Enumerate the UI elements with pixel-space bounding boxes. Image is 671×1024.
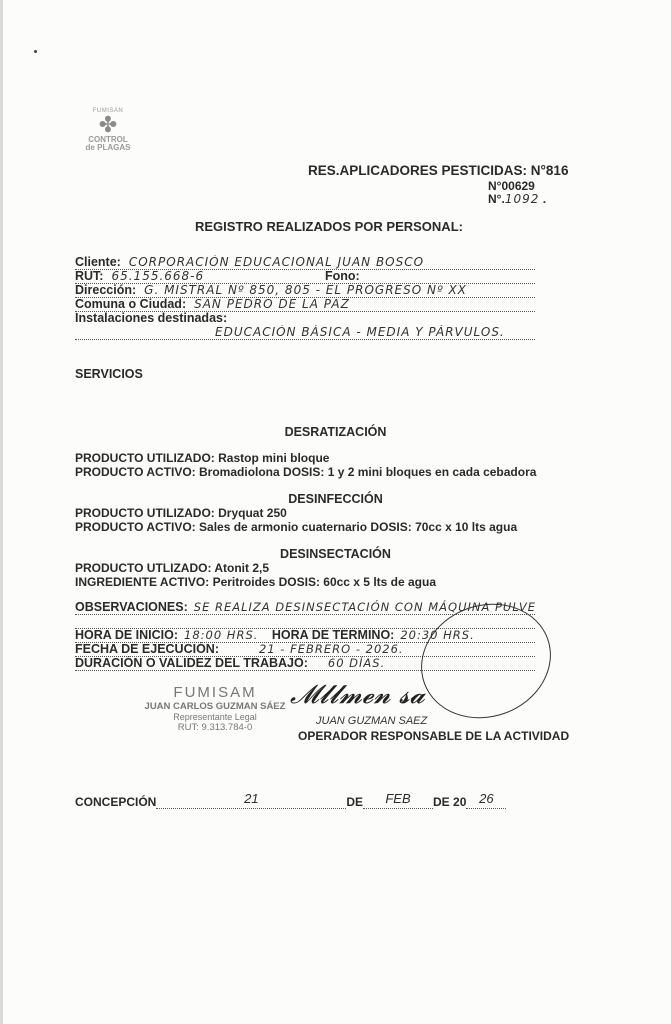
fono-label: Fono: <box>325 269 360 283</box>
form-number: N°00629 <box>488 179 535 193</box>
line-label: PRODUCTO UTILIZADO: <box>75 451 215 465</box>
cliente-value: CORPORACIÓN EDUCACIONAL JUAN BOSCO <box>129 255 424 269</box>
res-aplicadores: RES.APLICADORES PESTICIDAS: N°816 <box>308 163 568 178</box>
signature-handwritten-name: JUAN GUZMAN SAEZ <box>316 715 427 727</box>
line-value: Peritroides DOSIS: 60cc x 5 lts de agua <box>213 575 436 589</box>
year-value: 26 <box>466 791 506 806</box>
line-label: PRODUCTO UTLIZADO: <box>75 561 211 575</box>
comuna-label: Comuna o Ciudad: <box>75 297 186 311</box>
duracion-value: 60 DÍAS. <box>328 656 385 670</box>
desinsectacion-producto: PRODUCTO UTLIZADO: Atonit 2,5 <box>75 561 269 575</box>
rut-value: 65.155.668-6 <box>111 269 204 283</box>
fecha-label: FECHA DE EJECUCIÓN: <box>75 642 219 656</box>
line-label: PRODUCTO ACTIVO: <box>75 520 196 534</box>
section-desratizacion-title: DESRATIZACIÓN <box>0 425 671 439</box>
line-value: Rastop mini bloque <box>218 451 329 465</box>
page-title: REGISTRO REALIZADOS POR PERSONAL: <box>195 219 463 234</box>
desinfeccion-activo: PRODUCTO ACTIVO: Sales de armonio cuater… <box>75 520 517 534</box>
instalaciones-label: Instalaciones destinadas: <box>75 311 227 325</box>
stamp-rut: RUT: 9.313.784-0 <box>140 722 290 733</box>
servicios-heading: SERVICIOS <box>75 367 143 381</box>
desinsectacion-activo: INGREDIENTE ACTIVO: Peritroides DOSIS: 6… <box>75 575 436 589</box>
stamp-company: FUMISAM <box>140 684 290 701</box>
de-label-1: DE <box>346 795 363 809</box>
scan-speck <box>34 50 37 53</box>
city-label: CONCEPCIÓN <box>75 795 156 809</box>
instalaciones-field: Instalaciones destinadas: <box>75 311 535 325</box>
direccion-field: Dirección:G. MISTRAL Nº 850, 805 - EL PR… <box>75 283 535 298</box>
section-desinsectacion-title: DESINSECTACIÓN <box>0 547 671 561</box>
line-value: Atonit 2,5 <box>214 561 269 575</box>
logo-line2: de PLAGAS <box>78 144 138 152</box>
observaciones-label: OBSERVACIONES: <box>75 600 188 614</box>
stamp-name: JUAN CARLOS GUZMAN SÁEZ <box>140 701 290 712</box>
cliente-field: Cliente:CORPORACIÓN EDUCACIONAL JUAN BOS… <box>75 255 535 270</box>
operator-label: OPERADOR RESPONSABLE DE LA ACTIVIDAD <box>298 729 569 743</box>
desratizacion-producto: PRODUCTO UTILIZADO: Rastop mini bloque <box>75 451 329 465</box>
line-label: PRODUCTO ACTIVO: <box>75 465 196 479</box>
fecha-value: 21 - FEBRERO - 2026. <box>259 642 404 656</box>
month-value: FEB <box>363 791 433 806</box>
direccion-label: Dirección: <box>75 283 136 297</box>
instalaciones-value-line: EDUCACIÓN BÁSICA - MEDIA Y PÁRVULOS. <box>75 325 535 340</box>
direccion-value: G. MISTRAL Nº 850, 805 - EL PROGRESO Nº … <box>144 283 467 297</box>
scan-edge <box>0 0 3 1024</box>
section-desinfeccion-title: DESINFECCIÓN <box>0 492 671 506</box>
signature-scribble: 𝓜𝓵𝓵𝓶𝓮𝓷 𝓼𝓪 <box>290 680 425 711</box>
record-number-value: 1092 <box>505 192 540 206</box>
line-value: Sales de armonio cuaternario DOSIS: 70cc… <box>199 520 517 534</box>
instalaciones-value: EDUCACIÓN BÁSICA - MEDIA Y PÁRVULOS. <box>215 325 505 339</box>
line-label: PRODUCTO UTILIZADO: <box>75 506 215 520</box>
hora-termino-label: HORA DE TERMINO: <box>272 628 394 642</box>
year-field: 26 <box>466 796 506 809</box>
desratizacion-activo: PRODUCTO ACTIVO: Bromadiolona DOSIS: 1 y… <box>75 465 536 479</box>
month-field: FEB <box>363 796 433 809</box>
comuna-value: SAN PEDRO DE LA PAZ <box>194 297 350 311</box>
logo-emblem-icon: ✤ <box>78 114 138 136</box>
cliente-label: Cliente: <box>75 255 121 269</box>
line-label: INGREDIENTE ACTIVO: <box>75 575 209 589</box>
day-field: 21 <box>156 796 346 809</box>
company-logo: FUMISAN ✤ CONTROL de PLAGAS <box>78 108 138 152</box>
de-label-2: DE 20 <box>433 795 466 809</box>
hora-inicio-value: 18:00 HRS. <box>184 628 258 642</box>
place-date-line: CONCEPCIÓN21DEFEBDE 2026 <box>75 795 535 809</box>
rut-field: RUT:65.155.668-6 Fono: <box>75 269 535 284</box>
rut-label: RUT: <box>75 269 103 283</box>
line-value: Bromadiolona DOSIS: 1 y 2 mini bloques e… <box>199 465 536 479</box>
comuna-field: Comuna o Ciudad:SAN PEDRO DE LA PAZ <box>75 297 535 312</box>
hora-inicio-label: HORA DE INICIO: <box>75 628 178 642</box>
desinfeccion-producto: PRODUCTO UTILIZADO: Dryquat 250 <box>75 506 287 520</box>
stamp-role: Representante Legal <box>140 712 290 722</box>
record-number: N°.1092 . <box>488 192 546 206</box>
record-number-label: N°. <box>488 192 505 206</box>
day-value: 21 <box>156 791 346 806</box>
line-value: Dryquat 250 <box>218 506 287 520</box>
legal-stamp: FUMISAM JUAN CARLOS GUZMAN SÁEZ Represen… <box>140 684 290 733</box>
duracion-label: DURACIÓN O VALIDEZ DEL TRABAJO: <box>75 656 308 670</box>
